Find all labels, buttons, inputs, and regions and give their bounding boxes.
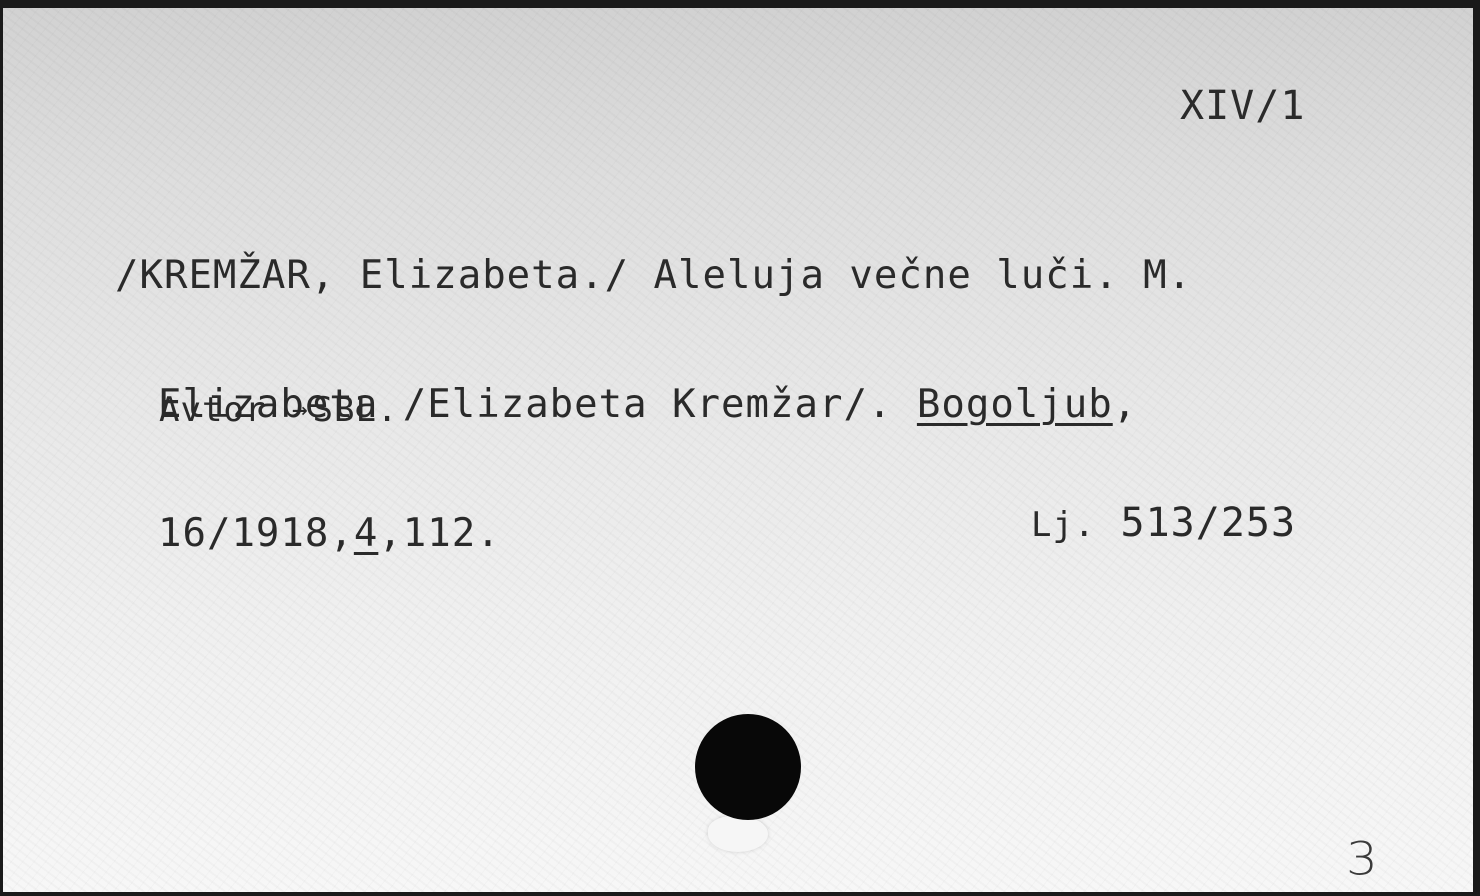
entry-line2-punct: ,: [1113, 382, 1137, 427]
see-also-target: SBL.: [313, 390, 399, 430]
call-number: XIV/1: [1180, 86, 1305, 126]
see-also-label: Avtor: [159, 390, 266, 430]
entry-line-author-title: /KREMŽAR, Elizabeta./ Aleluja večne luči…: [115, 254, 1192, 297]
periodical-title: Bogoljub: [917, 382, 1113, 427]
arrow-right-icon: →: [292, 397, 309, 423]
entry-line3-rest: ,112.: [378, 511, 500, 556]
handwritten-mark: 3: [1346, 837, 1378, 882]
see-also-reference: Avtor →SBL.: [159, 393, 398, 427]
location-shelf-mark: Lj. 513/253: [1031, 503, 1296, 543]
shelf-mark: 513/253: [1121, 500, 1297, 546]
catalog-card: XIV/1 /KREMŽAR, Elizabeta./ Aleluja večn…: [3, 8, 1473, 892]
issue-number: 4: [354, 511, 378, 556]
location-prefix: Lj.: [1031, 505, 1095, 545]
punch-hole-tab: [708, 816, 768, 852]
punch-hole: [695, 714, 801, 820]
entry-line3-text: 16/1918,: [158, 511, 354, 556]
